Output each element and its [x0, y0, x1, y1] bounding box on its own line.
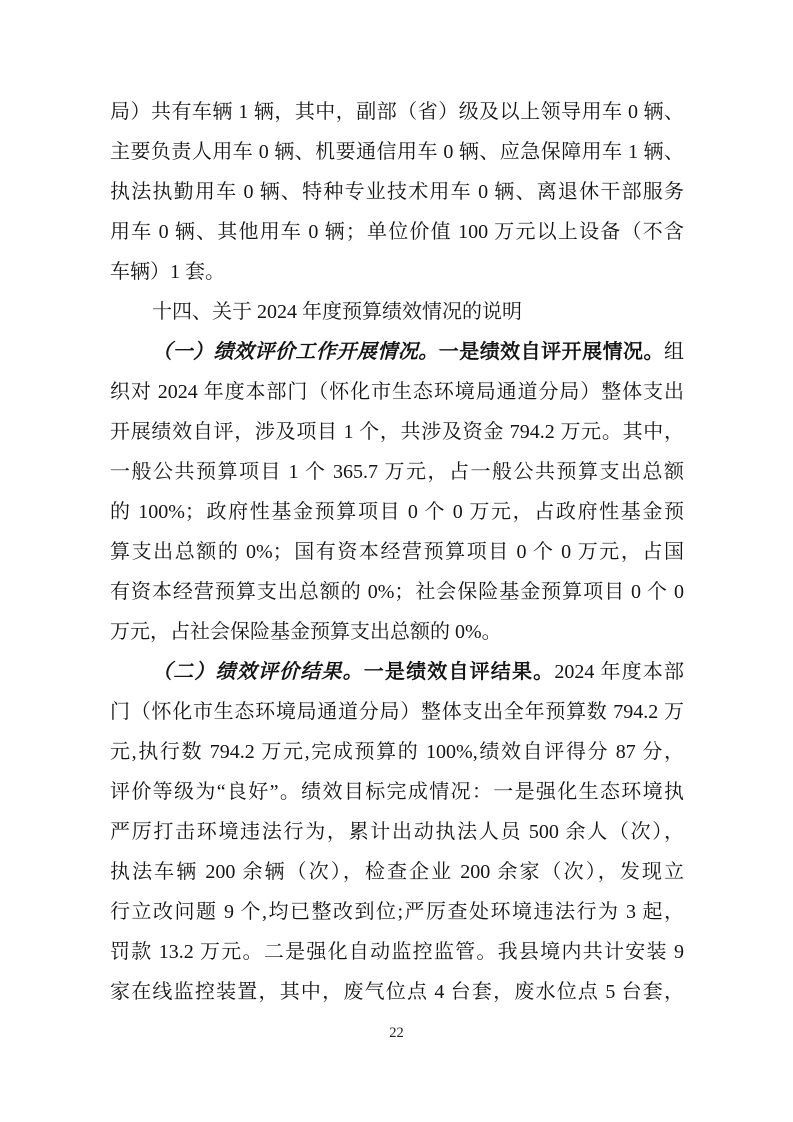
text-line: 开展绩效自评，涉及项目 1 个，共涉及资金 794.2 万元。其中， [110, 412, 684, 452]
text-line: 执法执勤用车 0 辆、特种专业技术用车 0 辆、离退休干部服务 [110, 172, 684, 212]
text-line: 执法车辆 200 余辆（次），检查企业 200 余家（次），发现立 [110, 852, 684, 892]
text-run-normal: 家在线监控装置，其中，废气位点 4 台套，废水位点 5 台套， [110, 981, 684, 1003]
text-line: （二）绩效评价结果。一是绩效自评结果。2024 年度本部 [110, 652, 684, 692]
text-line: 家在线监控装置，其中，废气位点 4 台套，废水位点 5 台套， [110, 972, 684, 1012]
text-line: 主要负责人用车 0 辆、机要通信用车 0 辆、应急保障用车 1 辆、 [110, 132, 684, 172]
section-heading: 十四、关于 2024 年度预算绩效情况的说明 [110, 292, 684, 332]
text-line: 元,执行数 794.2 万元,完成预算的 100%,绩效自评得分 87 分， [110, 732, 684, 772]
text-run-kai: （一）绩效评价工作开展情况。 [152, 341, 439, 363]
text-run-kai: （二）绩效评价结果。 [152, 661, 364, 683]
text-run-normal: 的 100%；政府性基金预算项目 0 个 0 万元，占政府性基金预 [110, 501, 684, 523]
text-run-normal: 评价等级为“良好”。绩效目标完成情况：一是强化生态环境执法， [110, 781, 684, 812]
text-line: 严厉打击环境违法行为，累计出动执法人员 500 余人（次）， [110, 812, 684, 852]
text-line: 一般公共预算项目 1 个 365.7 万元，占一般公共预算支出总额 [110, 452, 684, 492]
text-run-normal: 算支出总额的 0%；国有资本经营预算项目 0 个 0 万元，占国 [110, 541, 684, 563]
text-run-normal: 2024 年度本部 [554, 661, 684, 683]
text-run-normal: 开展绩效自评，涉及项目 1 个，共涉及资金 794.2 万元。其中， [110, 421, 684, 443]
page-number: 22 [0, 1022, 793, 1044]
text-run-normal: 执法执勤用车 0 辆、特种专业技术用车 0 辆、离退休干部服务 [110, 181, 684, 203]
text-line: 评价等级为“良好”。绩效目标完成情况：一是强化生态环境执法， [110, 772, 684, 812]
text-run-normal: 万元，占社会保险基金预算支出总额的 0%。 [110, 621, 502, 643]
text-run-normal: 用车 0 辆、其他用车 0 辆；单位价值 100 万元以上设备（不含 [110, 221, 684, 243]
document-content: 局）共有车辆 1 辆，其中，副部（省）级及以上领导用车 0 辆、主要负责人用车 … [110, 92, 684, 1012]
text-line: 有资本经营预算支出总额的 0%；社会保险基金预算项目 0 个 0 [110, 572, 684, 612]
text-run-normal: 执法车辆 200 余辆（次），检查企业 200 余家（次），发现立 [110, 861, 684, 883]
text-run-normal: 一般公共预算项目 1 个 365.7 万元，占一般公共预算支出总额 [110, 461, 684, 483]
text-line: 局）共有车辆 1 辆，其中，副部（省）级及以上领导用车 0 辆、 [110, 92, 684, 132]
text-run-normal: 罚款 13.2 万元。二是强化自动监控监管。我县境内共计安装 9 [110, 941, 684, 963]
text-run-normal: 组 [664, 341, 684, 363]
text-run-normal: 主要负责人用车 0 辆、机要通信用车 0 辆、应急保障用车 1 辆、 [110, 141, 684, 163]
text-run-hei: 一是绩效自评结果。 [364, 661, 555, 683]
text-line: 织对 2024 年度本部门（怀化市生态环境局通道分局）整体支出 [110, 372, 684, 412]
text-run-normal: 门（怀化市生态环境局通道分局）整体支出全年预算数 794.2 万 [110, 701, 684, 723]
text-line: 万元，占社会保险基金预算支出总额的 0%。 [110, 612, 684, 652]
text-line: 算支出总额的 0%；国有资本经营预算项目 0 个 0 万元，占国 [110, 532, 684, 572]
text-line: 门（怀化市生态环境局通道分局）整体支出全年预算数 794.2 万 [110, 692, 684, 732]
text-line: 用车 0 辆、其他用车 0 辆；单位价值 100 万元以上设备（不含 [110, 212, 684, 252]
text-run-normal: 十四、关于 2024 年度预算绩效情况的说明 [152, 301, 522, 323]
text-run-normal: 行立改问题 9 个,均已整改到位;严厉查处环境违法行为 3 起， [110, 901, 684, 923]
text-line: 行立改问题 9 个,均已整改到位;严厉查处环境违法行为 3 起， [110, 892, 684, 932]
text-run-normal: 局）共有车辆 1 辆，其中，副部（省）级及以上领导用车 0 辆、 [110, 101, 684, 123]
text-run-normal: 严厉打击环境违法行为，累计出动执法人员 500 余人（次）， [110, 821, 684, 843]
text-line: 的 100%；政府性基金预算项目 0 个 0 万元，占政府性基金预 [110, 492, 684, 532]
text-line: （一）绩效评价工作开展情况。一是绩效自评开展情况。组 [110, 332, 684, 372]
text-run-normal: 织对 2024 年度本部门（怀化市生态环境局通道分局）整体支出 [110, 381, 684, 403]
text-run-hei: 一是绩效自评开展情况。 [439, 341, 664, 363]
text-line: 罚款 13.2 万元。二是强化自动监控监管。我县境内共计安装 9 [110, 932, 684, 972]
text-run-normal: 有资本经营预算支出总额的 0%；社会保险基金预算项目 0 个 0 [110, 581, 684, 603]
text-run-normal: 元,执行数 794.2 万元,完成预算的 100%,绩效自评得分 87 分， [110, 741, 684, 763]
text-line: 车辆）1 套。 [110, 252, 684, 292]
document-page: 局）共有车辆 1 辆，其中，副部（省）级及以上领导用车 0 辆、主要负责人用车 … [0, 0, 793, 1122]
text-run-normal: 车辆）1 套。 [110, 261, 225, 283]
